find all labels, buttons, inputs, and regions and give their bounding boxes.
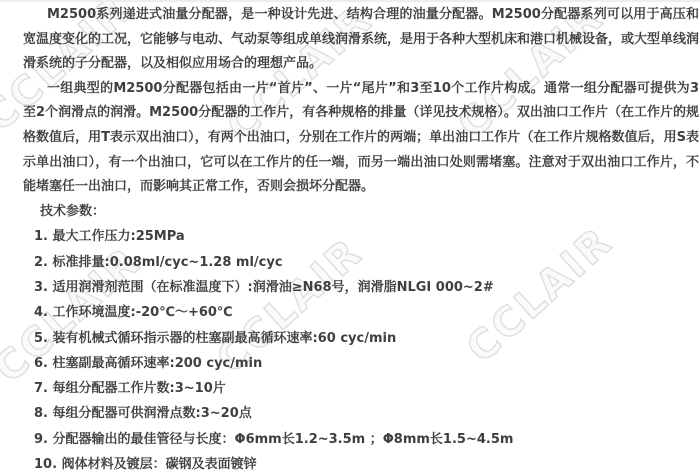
spec-item-text: 阀体材料及镀层：碳钢及表面镀锌 <box>62 457 257 472</box>
spec-item-text: 标准排量:0.08ml/cyc~1.28 ml/cyc <box>53 255 283 270</box>
spec-item-number: 8. <box>34 406 48 421</box>
spec-item-number: 2. <box>34 255 48 270</box>
spec-item-text: 柱塞副最高循环速率:200 cyc/min <box>53 356 263 371</box>
section-heading: 技术参数： <box>40 200 699 225</box>
spec-item-number: 6. <box>34 356 48 371</box>
document-content: M2500系列递进式油量分配器，是一种设计先进、结构合理的油量分配器。M2500… <box>23 3 699 475</box>
spec-item-number: 5. <box>34 331 48 346</box>
spec-item: 1. 最大工作压力:25MPa <box>34 224 699 249</box>
spec-item: 6. 柱塞副最高循环速率:200 cyc/min <box>34 351 699 376</box>
spec-item: 7. 每组分配器工作片数:3~10片 <box>34 376 699 401</box>
spec-item: 2. 标准排量:0.08ml/cyc~1.28 ml/cyc <box>34 250 699 275</box>
spec-item: 9. 分配器输出的最佳管径与长度：Φ6mm长1.2~3.5m ；Φ8mm长1.5… <box>34 427 699 452</box>
spec-item: 8. 每组分配器可供润滑点数:3~20点 <box>34 401 699 426</box>
top-divider <box>0 0 700 2</box>
spec-item-text: 适用润滑剂范围（在标准温度下）:润滑油≥N68号，润滑脂NLGI 000~2# <box>53 280 494 295</box>
intro-paragraph-2: 一组典型的M2500分配器包括由一片“首片”、一片“尾片”和3至10个工作片构成… <box>23 77 699 200</box>
spec-item: 5. 装有机械式循环指示器的柱塞副最高循环速率:60 cyc/min <box>34 326 699 351</box>
spec-item-text: 工作环境温度:-20℃～+60℃ <box>53 305 233 320</box>
spec-item-text: 分配器输出的最佳管径与长度：Φ6mm长1.2~3.5m ；Φ8mm长1.5~4.… <box>53 432 514 447</box>
spec-item-number: 10. <box>34 457 57 472</box>
spec-item: 3. 适用润滑剂范围（在标准温度下）:润滑油≥N68号，润滑脂NLGI 000~… <box>34 275 699 300</box>
spec-item: 10. 阀体材料及镀层：碳钢及表面镀锌 <box>34 452 699 475</box>
spec-item-text: 每组分配器工作片数:3~10片 <box>53 381 226 396</box>
spec-item-number: 7. <box>34 381 48 396</box>
spec-item-number: 4. <box>34 305 48 320</box>
spec-item-text: 装有机械式循环指示器的柱塞副最高循环速率:60 cyc/min <box>53 331 397 346</box>
intro-paragraph-1: M2500系列递进式油量分配器，是一种设计先进、结构合理的油量分配器。M2500… <box>23 3 699 77</box>
spec-item-text: 每组分配器可供润滑点数:3~20点 <box>53 406 252 421</box>
spec-item-text: 最大工作压力:25MPa <box>53 229 185 244</box>
spec-list: 1. 最大工作压力:25MPa2. 标准排量:0.08ml/cyc~1.28 m… <box>34 224 699 475</box>
spec-item-number: 3. <box>34 280 48 295</box>
spec-item-number: 9. <box>34 432 48 447</box>
spec-item: 4. 工作环境温度:-20℃～+60℃ <box>34 300 699 325</box>
spec-item-number: 1. <box>34 229 48 244</box>
